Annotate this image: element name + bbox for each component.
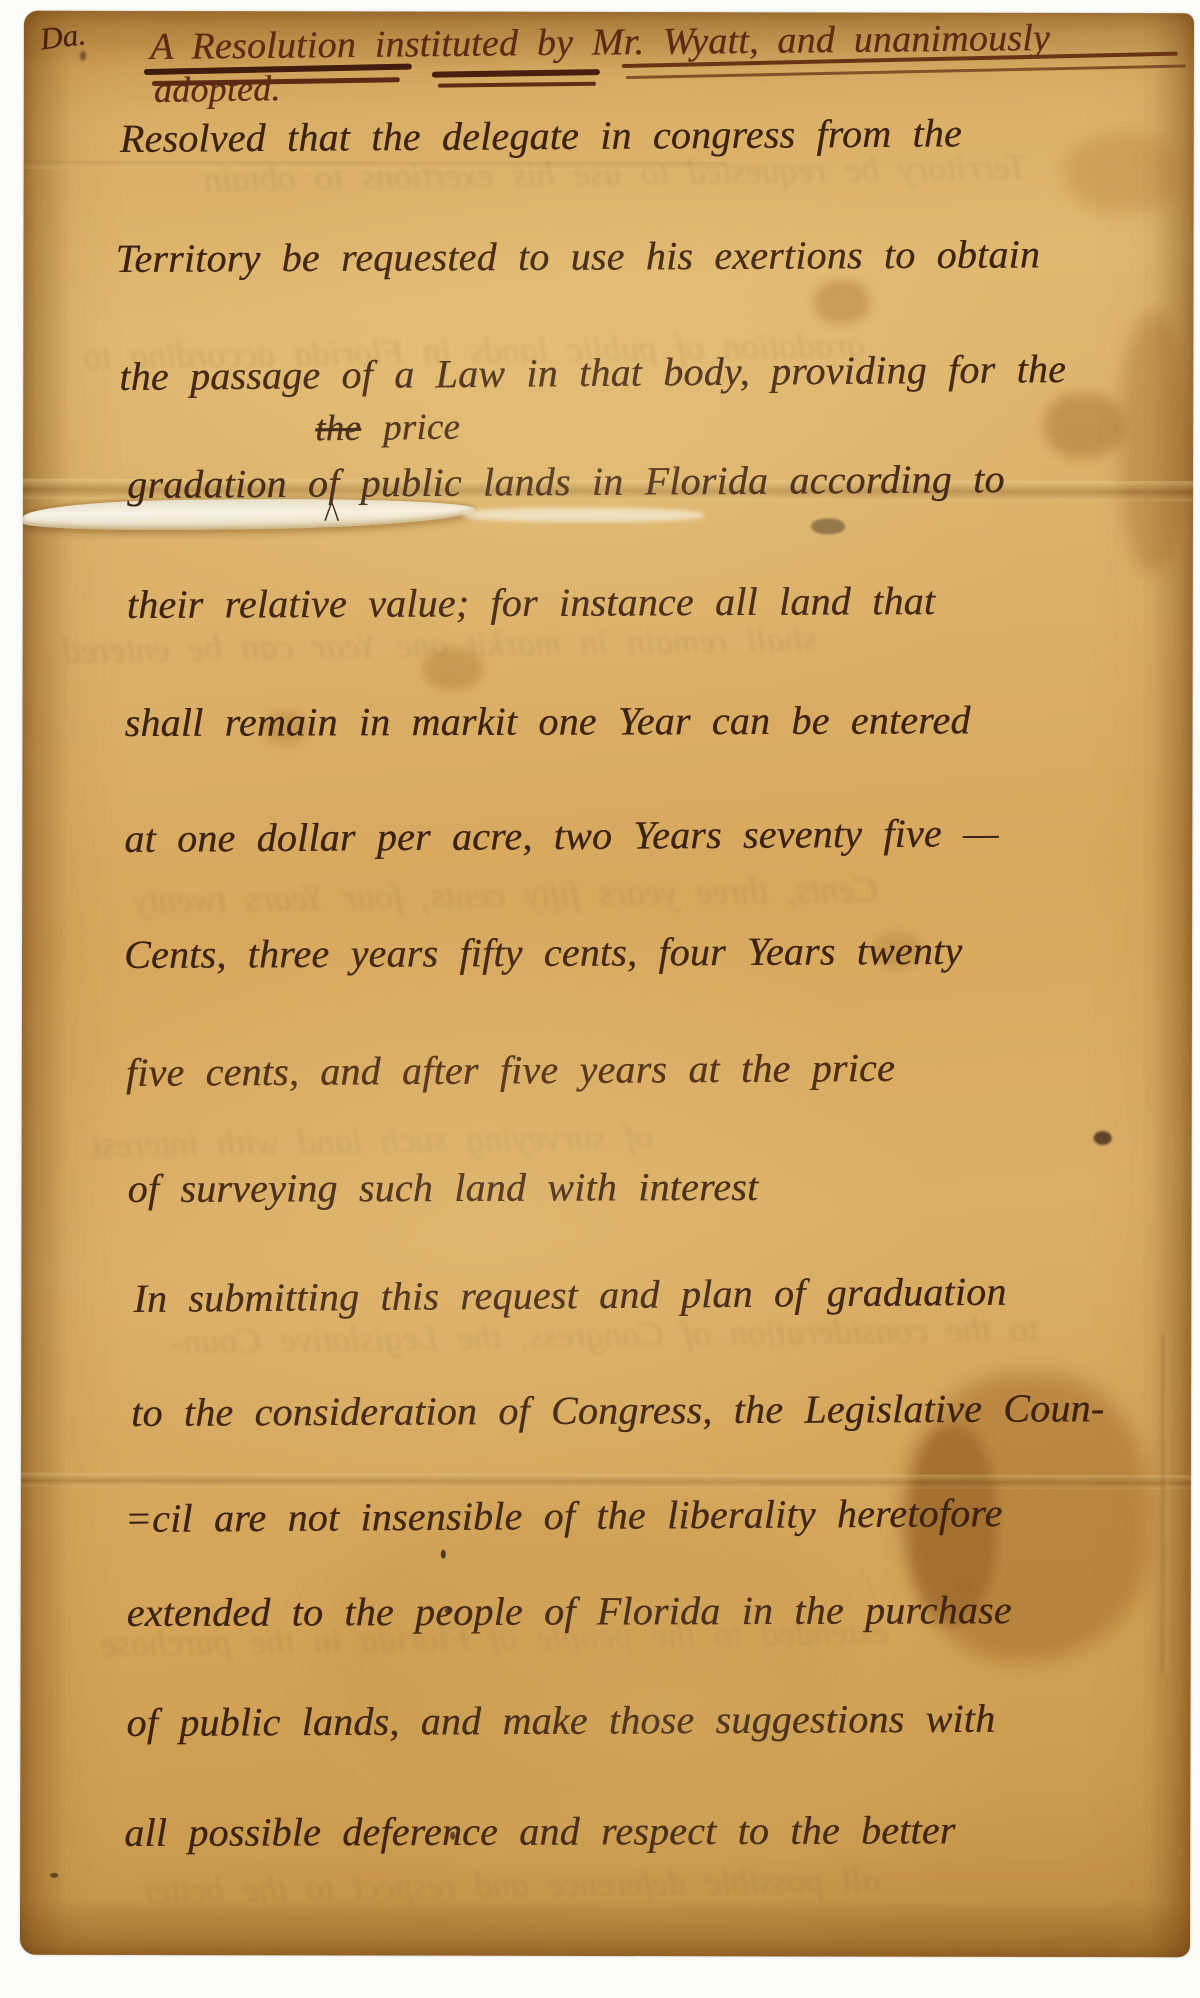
interlineation-struck-word: the: [315, 408, 361, 450]
ink-speck: [1094, 1131, 1112, 1145]
bleed-through-text: of surveying such land with interest: [91, 1115, 653, 1166]
manuscript-page: Territory be requested to use his exerti…: [20, 11, 1194, 1957]
bleed-through-text: all possible deference and respect to th…: [140, 1858, 881, 1911]
scanned-document: Territory be requested to use his exerti…: [0, 0, 1200, 1998]
fold-crease: [21, 1473, 1191, 1489]
heading-line-2: adopted.: [154, 67, 281, 111]
bleed-through-text: Cents, three years fifty cents, four Yea…: [132, 868, 879, 921]
body-line: shall remain in markit one Year can be e…: [124, 696, 970, 746]
body-line: =cil are not insensible of the liberalit…: [125, 1489, 1003, 1542]
fox-spot: [813, 280, 869, 324]
edge-stain: [1119, 313, 1190, 573]
body-line: In submitting this request and plan of g…: [133, 1268, 1006, 1322]
fox-spot: [423, 648, 483, 690]
insertion-caret: ^: [323, 493, 337, 541]
interlineation-inserted-word: price: [383, 407, 461, 449]
underline-stroke: [438, 82, 596, 88]
ink-speck: [50, 1873, 58, 1878]
corner-stain: [1064, 133, 1184, 213]
docket-mark: Da.: [38, 16, 88, 57]
body-line: their relative value; for instance all l…: [127, 577, 936, 628]
underline-stroke: [432, 69, 600, 78]
body-line: the passage of a Law in that body, provi…: [119, 345, 1066, 400]
body-line: of surveying such land with interest: [127, 1163, 758, 1212]
body-line: extended to the people of Florida in the…: [127, 1586, 1012, 1636]
body-line: of public lands, and make those suggesti…: [126, 1695, 995, 1746]
vertical-crease: [1161, 1333, 1170, 1673]
body-line: Territory be requested to use his exerti…: [115, 230, 1040, 282]
body-line: at one dollar per acre, two Years sevent…: [124, 809, 999, 862]
tear-tail: [463, 508, 703, 523]
ink-speck: [441, 1550, 446, 1559]
underline-stroke: [626, 65, 1186, 80]
body-line: to the consideration of Congress, the Le…: [131, 1384, 1104, 1436]
fox-spot: [1043, 393, 1123, 459]
body-line: all possible deference and respect to th…: [124, 1806, 955, 1856]
body-line: Cents, three years fifty cents, four Yea…: [124, 927, 962, 978]
interlineation: theprice: [315, 406, 460, 451]
fold-crease: [24, 161, 726, 170]
body-line: five cents, and after five years at the …: [126, 1044, 895, 1096]
body-line: Resolved that the delegate in congress f…: [120, 109, 962, 162]
ink-smudge: [811, 518, 845, 534]
body-line: gradation of public lands in Florida acc…: [127, 455, 1005, 508]
